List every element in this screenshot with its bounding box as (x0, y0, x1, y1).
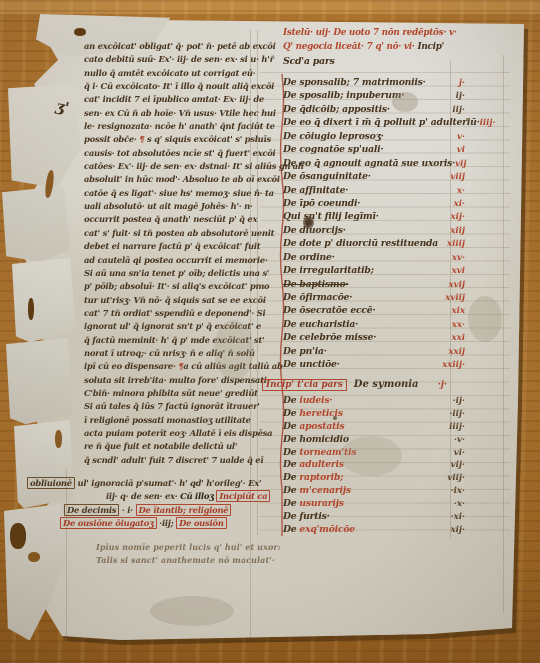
text-line: occurrit postea q̄ anath' nesciūt p' q̄ … (84, 213, 258, 226)
toc-numeral: j· (459, 78, 489, 88)
text-line: re n̄ q̄ue fuit et notabile delictū ul' (84, 440, 258, 453)
toc-title: De celebrōe misse· (283, 332, 376, 343)
pars3-first-title: De symonia (354, 379, 419, 390)
toc-title-initial: De (283, 485, 299, 496)
toc-title-red: exq'mōicōe (299, 524, 354, 535)
toc-numeral: ·x· (454, 499, 489, 509)
toc-numeral: xvij (449, 280, 490, 290)
toc-numeral: ·ij· (453, 396, 489, 406)
toc-header: Istelū· uij· De uoto 7 nōn redēptōs· v·Q… (283, 27, 489, 68)
toc-row: De homicidio·v· (283, 434, 489, 447)
toc-row: De raptorib;viij· (283, 472, 489, 485)
parchment-hole (74, 28, 86, 36)
toc-title: De eucharistia· (283, 319, 358, 330)
toc-title: De unctiōe· (283, 359, 340, 370)
toc-numeral: xviij (445, 293, 489, 303)
toc-row: De eucharistia·xx· (283, 319, 489, 332)
toc-row: De torneam'tisvi· (283, 447, 489, 460)
toc-title-initial: De (283, 447, 299, 458)
text-line: nullo q̄ amtēt excōicato ut corrigat eū· (84, 67, 258, 80)
toc-header-line: Scd'a pars (283, 55, 489, 69)
text-seg-box: De decimis (64, 504, 119, 516)
text-line: debet ei narrare factū p' q̄ excōicat' f… (84, 240, 258, 253)
text-seg: Q' negocia liceāt· 7 q' nō· vi· (283, 42, 417, 52)
toc-title: De cōiugio leprosoʒ· (283, 131, 384, 142)
toc-title: De m'cenarijs (283, 485, 351, 496)
toc-title: De usurarijs (283, 498, 344, 509)
ruling-vertical (503, 55, 504, 613)
toc-title-red: torneam'tis (299, 447, 356, 458)
toc-row: De ōsanguinitate·viij (283, 171, 489, 184)
text-seg: s q' siquis excōicat' s' psluīs (144, 134, 271, 144)
parchment-hole (10, 523, 26, 549)
text-seg: catōes· Ex'· iij· de sen· ex· dstnai· It… (84, 161, 304, 171)
text-seg: possit obc̄e· (84, 134, 139, 144)
text-seg-dark: Incip' (417, 42, 444, 52)
text-seg: le· resignozata· ncōe h' anath' q̄nt fac… (84, 121, 275, 131)
text-line: norat ī utroq;· cū nrisʒ· n̄ e aliq' n̄ … (84, 347, 258, 360)
toc-row: De irregularitatib;xvi (283, 265, 489, 278)
text-seg: cat' incidit 7 ei īpublico amtat· Ex· ii… (84, 94, 264, 104)
pars3-first-numeral: ·j· (438, 380, 489, 390)
text-seg: catōe q̄ es ligat'· siue hs' memoʒ· siue… (84, 188, 274, 198)
text-seg: cat' s' fuit· si tn̄ postea ab absolutor… (84, 228, 274, 238)
text-line: cat' s' fuit· si tn̄ postea ab absolutor… (84, 227, 258, 240)
text-seg: · i· (119, 505, 135, 515)
toc-title-initial: De (283, 524, 299, 535)
toc-numeral: iiij· (480, 118, 520, 128)
text-seg: an excōicat' obligat' q̄· pot' n̄· petē … (84, 41, 276, 51)
toc-title: De irregularitatib; (283, 265, 374, 276)
toc-numeral: xvi (452, 266, 489, 276)
toc-title: De eo q̄ dixert ī m̄ q̄ polluit p' adult… (283, 117, 480, 128)
toc-row: De ōsecratōe eccē·xix (283, 305, 489, 318)
toc-numeral: vi· (454, 448, 489, 458)
text-seg: sen· ex Cū n̄ ab hoīe· Vn̄ usus· Vtile h… (84, 108, 276, 118)
toc-row: De sponsalib; 7 matrimoniis·j· (283, 77, 489, 90)
toc-title-initial: De (283, 498, 299, 509)
toc-title: De sponsalib; 7 matrimoniis· (283, 77, 426, 88)
text-seg-boxred: De ītantib; religionē (136, 504, 232, 516)
text-seg: ul' ignoraciā p'sumat'· h' qd' h'orileg'… (75, 478, 261, 488)
toc-title: De iudeis· (283, 395, 332, 406)
toc-header-line: Q' negocia liceāt· 7 q' nō· vi· Incip' (283, 41, 489, 55)
toc-row: De ordine·xv· (283, 252, 489, 265)
text-line: Si aū una sn'ia tenet p' oīb; delictis u… (84, 267, 258, 280)
toc-title-red: hereticis (299, 408, 342, 419)
text-line: sen· ex Cū n̄ ab hoīe· Vn̄ usus· Vtile h… (84, 107, 258, 120)
toc-row: De eo q̄ dixert ī m̄ q̄ polluit p' adult… (283, 117, 489, 130)
parchment-hole (28, 298, 34, 320)
main-text-column: an excōicat' obligat' q̄· pot' n̄· petē … (84, 40, 258, 530)
text-line: uali absolutō· ut ait magē Johēs· h'· n· (84, 200, 258, 213)
toc-numeral: xi· (454, 199, 489, 209)
torn-flap (6, 338, 74, 426)
text-line: causis· tot absolutōes ncīe st' q̄ fuert… (84, 147, 258, 160)
toc-title: De exq'mōicōe (283, 524, 355, 535)
text-seg: nullo q̄ amtēt excōicato ut corrigat eū· (84, 68, 255, 78)
toc-row: De pn'ia·xxij (283, 346, 489, 359)
toc-row: De diuorcijs·xiij (283, 225, 489, 238)
toc-row: De īpō coeundi·xi· (283, 198, 489, 211)
toc-title: De homicidio (283, 434, 349, 445)
toc-numeral: xx· (452, 320, 489, 330)
toc-numeral: xij· (451, 525, 490, 535)
torn-flap (2, 186, 72, 264)
text-seg: Scd'a pars (283, 56, 335, 67)
text-line: an excōicat' obligat' q̄· pot' n̄· petē … (84, 40, 258, 53)
text-line: tur ut'risʒ· Vn̄ nō· q̄ siquis sat se ee… (84, 294, 258, 307)
text-seg: q̄ factū meminit· h' q̄ p' mde excōicat'… (84, 335, 264, 345)
toc-title-initial: De (283, 421, 299, 432)
text-line: catōe q̄ es ligat'· siue hs' memoʒ· siue… (84, 187, 258, 200)
toc-numeral: viij (450, 172, 489, 182)
text-seg: q̄ i· Cū excōicato· It' ī illo q̄ nouit … (84, 81, 274, 91)
text-seg: re n̄ q̄ue fuit et notabile delictū ul' (84, 441, 237, 451)
pars3-rubric-box: Incip' t'cia pars (262, 379, 347, 391)
toc-numeral: vi (457, 145, 489, 155)
text-line: q̄ scndl' adult' fuit 7 discret' 7 ualde… (84, 454, 258, 467)
text-line: acta puiam poterīt eoʒ· Allatē ī eis dis… (84, 427, 258, 440)
toc-row: De dote p' diuorciū restituendaxiiij (283, 238, 489, 251)
toc-row: De q̄dicōib; appositis·iij· (283, 104, 489, 117)
text-line: De ousiōne ōiugatoʒ ·iij; De ousiōn (60, 517, 258, 530)
text-line: ad cautelā qi postea occurrit ei memorie… (84, 254, 258, 267)
ruling-vertical (66, 470, 67, 640)
toc-numeral: v· (457, 132, 489, 142)
text-line: De decimis · i· De ītantib; religionē (64, 504, 258, 517)
text-seg: Istelū· uij· De uoto 7 nōn redēptōs· v· (283, 28, 457, 38)
toc-row: De sposalib; inpuberum·ij· (283, 90, 489, 103)
toc-title-red: iudeis· (299, 395, 332, 406)
toc-row: De hereticis·iij· (283, 408, 489, 421)
toc-row: De m'cenarijs·ix· (283, 485, 489, 498)
table-of-contents-column: Istelū· uij· De uoto 7 nōn redēptōs· v·Q… (283, 27, 489, 68)
text-seg: cat' 7 tn̄ ordiat' sspendiū e deponend'·… (84, 308, 265, 318)
toc-title-initial: De (283, 395, 299, 406)
toc-title-initial: De (283, 459, 299, 470)
toc-title: De ōfirmacōe· (283, 292, 352, 303)
text-seg: occurrit postea q̄ anath' nesciūt p' q̄ … (84, 214, 257, 224)
toc-title-red: apostatis (299, 421, 344, 432)
toc-title: De ōsecratōe eccē· (283, 305, 375, 316)
toc-numeral: xiij (450, 226, 489, 236)
toc-pars2-list: De sponsalib; 7 matrimoniis·j·De sposali… (283, 77, 489, 373)
toc-numeral: xij· (451, 212, 490, 222)
toc-title: De dote p' diuorciū restituenda (283, 238, 438, 249)
text-line: ī religionē possati monastioʒ utilitate (84, 414, 258, 427)
photo-of-manuscript: { "colors": { "ink": "#47351f", "red_ink… (0, 0, 540, 663)
toc-title: Qui sn't filij legīmī· (283, 211, 379, 222)
toc-numeral: xv· (452, 253, 489, 263)
toc-row: De eo q̄ agnouit agnatā sue uxoris·vij (283, 158, 489, 171)
toc-title: De q̄dicōib; appositis· (283, 104, 390, 115)
toc-numeral: ·iij· (449, 409, 489, 419)
toc-numeral: xxij (448, 347, 489, 357)
toc-title: De raptorib; (283, 472, 343, 483)
toc-numeral: ·v· (454, 435, 489, 445)
toc-title-red: m'cenarijs (299, 485, 350, 496)
toc-title: De hereticis (283, 408, 343, 419)
toc-row: De usurarijs·x· (283, 498, 489, 511)
text-line: C'bin̄· minora phibita sūt neue' grediūt (84, 387, 258, 400)
toc-row: De celebrōe misse·xxi (283, 332, 489, 345)
verse-line: Ipīus nomīe peperit lucis q' hui' et uxo… (96, 541, 281, 554)
text-line: catōes· Ex'· iij· de sen· ex· dstnai· It… (84, 160, 258, 173)
text-line: Si aū tales q̄ iūs 7 factū ignorāt ītrau… (84, 400, 258, 413)
toc-title-red: usurarijs (299, 498, 343, 509)
toc-numeral: xxiij· (442, 360, 489, 370)
text-seg: C'bin̄· minora phibita sūt neue' grediūt (84, 388, 258, 398)
toc-title: De cognatōe sp'uali· (283, 144, 383, 155)
text-seg-boxred: Incipiūt ca (216, 490, 270, 502)
text-seg: acta puiam poterīt eoʒ· Allatē ī eis dis… (84, 428, 272, 438)
toc-numeral: iiij· (449, 422, 489, 432)
text-line: q̄ factū meminit· h' q̄ p' mde excōicat'… (84, 334, 258, 347)
toc-pars3-list: De iudeis··ij·De hereticis·iij·De aposta… (283, 395, 489, 537)
toc-title: De īpō coeundi· (283, 198, 360, 209)
text-seg: ipī cū eo dispensare· (84, 361, 178, 371)
toc-row: De baptismo·xvij (283, 279, 489, 292)
toc-numeral: xiiij (447, 239, 489, 249)
text-seg: iij· q· de sen· ex· (106, 491, 180, 501)
text-line: obliuionē ul' ignoraciā p'sumat'· h' qd'… (27, 477, 258, 490)
text-line: soluta sit irreb'ita· multo fore' dispen… (84, 374, 258, 387)
toc-numeral: ij· (456, 91, 489, 101)
text-line: ipī cū eo dispensare· ¶a cū aliūs agit t… (84, 360, 258, 373)
text-seg: ignorat ul' q̄ ignorat sn't p' q̄ excōic… (84, 321, 261, 331)
toc-title: De adulteris (283, 459, 344, 470)
text-seg: absoluit' in hūc mod'· Absoluo te ab oī … (84, 174, 280, 184)
text-seg-bold: Cū illoʒ (180, 491, 214, 501)
text-seg-boxred: De ousiōne ōiugatoʒ (60, 517, 157, 529)
toc-row: De adulterisvij· (283, 459, 489, 472)
toc-row: De iudeis··ij· (283, 395, 489, 408)
toc-header-line: Istelū· uij· De uoto 7 nōn redēptōs· v· (283, 27, 489, 41)
text-seg-box: obliuionē (27, 477, 75, 489)
toc-numeral: xix (451, 306, 489, 316)
parchment-hole (55, 430, 62, 448)
text-line: cato debitū suū· Ex'· iij· de sen· ex· s… (84, 53, 258, 66)
text-seg: p' pōib; absoluī· It'· si aliq's excōica… (84, 281, 269, 291)
verse-line: Talis si sanct' anathemate nō maculat'· (96, 554, 281, 567)
toc-title: De apostatis (283, 421, 344, 432)
toc-numeral: vij· (451, 460, 489, 470)
text-seg: causis· tot absolutōes ncīe st' q̄ fuert… (84, 148, 275, 158)
text-seg: a cū aliūs agit taliū ab (183, 361, 282, 371)
toc-title-red: raptorib; (299, 472, 343, 483)
toc-numeral: viij· (447, 473, 489, 483)
text-seg: ·iij; (157, 518, 176, 528)
toc-row: De cognatōe sp'uali·vi (283, 144, 489, 157)
toc-pars3-heading: Incip' t'cia pars De symonia ·j· (283, 379, 489, 393)
toc-row: De affinitate·x· (283, 185, 489, 198)
text-seg: tur ut'risʒ· Vn̄ nō· q̄ siquis sat se ee… (84, 295, 266, 305)
parchment-hole (28, 552, 40, 562)
toc-row: De apostatisiiij· (283, 421, 489, 434)
text-line: q̄ i· Cū excōicato· It' ī illo q̄ nouit … (84, 80, 258, 93)
footer-verse: Ipīus nomīe peperit lucis q' hui' et uxo… (96, 541, 281, 567)
toc-title: De baptismo· (283, 279, 348, 290)
toc-numeral: xxi (451, 333, 489, 343)
toc-numeral: iij· (452, 105, 489, 115)
toc-title: De sposalib; inpuberum· (283, 90, 404, 101)
text-line: iij· q· de sen· ex· Cū illoʒ Incipiūt ca (106, 490, 258, 503)
toc-title: De furtis· (283, 511, 330, 522)
toc-title: De torneam'tis (283, 447, 356, 458)
text-seg: ī religionē possati monastioʒ utilitate (84, 415, 251, 425)
toc-row: Qui sn't filij legīmī·xij· (283, 211, 489, 224)
toc-title: De eo q̄ agnouit agnatā sue uxoris· (283, 158, 455, 169)
toc-title: De diuorcijs· (283, 225, 346, 236)
text-seg-boxred: De ousiōn (176, 517, 227, 529)
toc-title: De affinitate· (283, 185, 348, 196)
text-line: cat' incidit 7 ei īpublico amtat· Ex· ii… (84, 93, 258, 106)
toc-row: De exq'mōicōexij· (283, 524, 489, 537)
toc-title: De pn'ia· (283, 346, 327, 357)
toc-row: De furtis··xi· (283, 511, 489, 524)
text-line: p' pōib; absoluī· It'· si aliq's excōica… (84, 280, 258, 293)
toc-title-initial: De (283, 408, 299, 419)
toc-title: De ordine· (283, 252, 335, 263)
toc-title-initial: De (283, 472, 299, 483)
toc-title-red: adulteris (299, 459, 343, 470)
toc-title: De ōsanguinitate· (283, 171, 371, 182)
text-seg: ad cautelā qi postea occurrit ei memorie… (84, 255, 268, 265)
text-seg: debet ei narrare factū p' q̄ excōicat' f… (84, 241, 260, 251)
text-line: ignorat ul' q̄ ignorat sn't p' q̄ excōic… (84, 320, 258, 333)
text-seg: Si aū una sn'ia tenet p' oīb; delictis u… (84, 268, 269, 278)
toc-numeral: x· (457, 186, 489, 196)
text-line: le· resignozata· ncōe h' anath' q̄nt fac… (84, 120, 258, 133)
text-seg: uali absolutō· ut ait magē Johēs· h'· n· (84, 201, 253, 211)
text-line: absoluit' in hūc mod'· Absoluo te ab oī … (84, 173, 258, 186)
toc-row: De cōiugio leprosoʒ·v· (283, 131, 489, 144)
text-seg: cato debitū suū· Ex'· iij· de sen· ex· s… (84, 54, 274, 64)
toc-numeral: ·xi· (451, 512, 489, 522)
toc-row: De unctiōe·xxiij· (283, 359, 489, 372)
torn-flap (12, 258, 78, 344)
text-seg: Si aū tales q̄ iūs 7 factū ignorāt ītrau… (84, 401, 260, 411)
text-seg: soluta sit irreb'ita· multo fore' dispen… (84, 375, 267, 385)
text-seg: norat ī utroq;· cū nrisʒ· n̄ e aliq' n̄ … (84, 348, 255, 358)
text-line: cat' 7 tn̄ ordiat' sspendiū e deponend'·… (84, 307, 258, 320)
toc-numeral: ·ix· (451, 486, 489, 496)
text-line: possit obc̄e· ¶ s q' siquis excōicat' s'… (84, 133, 258, 146)
toc-numeral: vij (455, 159, 490, 169)
text-seg: q̄ scndl' adult' fuit 7 discret' 7 ualde… (84, 455, 263, 465)
toc-row: De ōfirmacōe·xviij (283, 292, 489, 305)
